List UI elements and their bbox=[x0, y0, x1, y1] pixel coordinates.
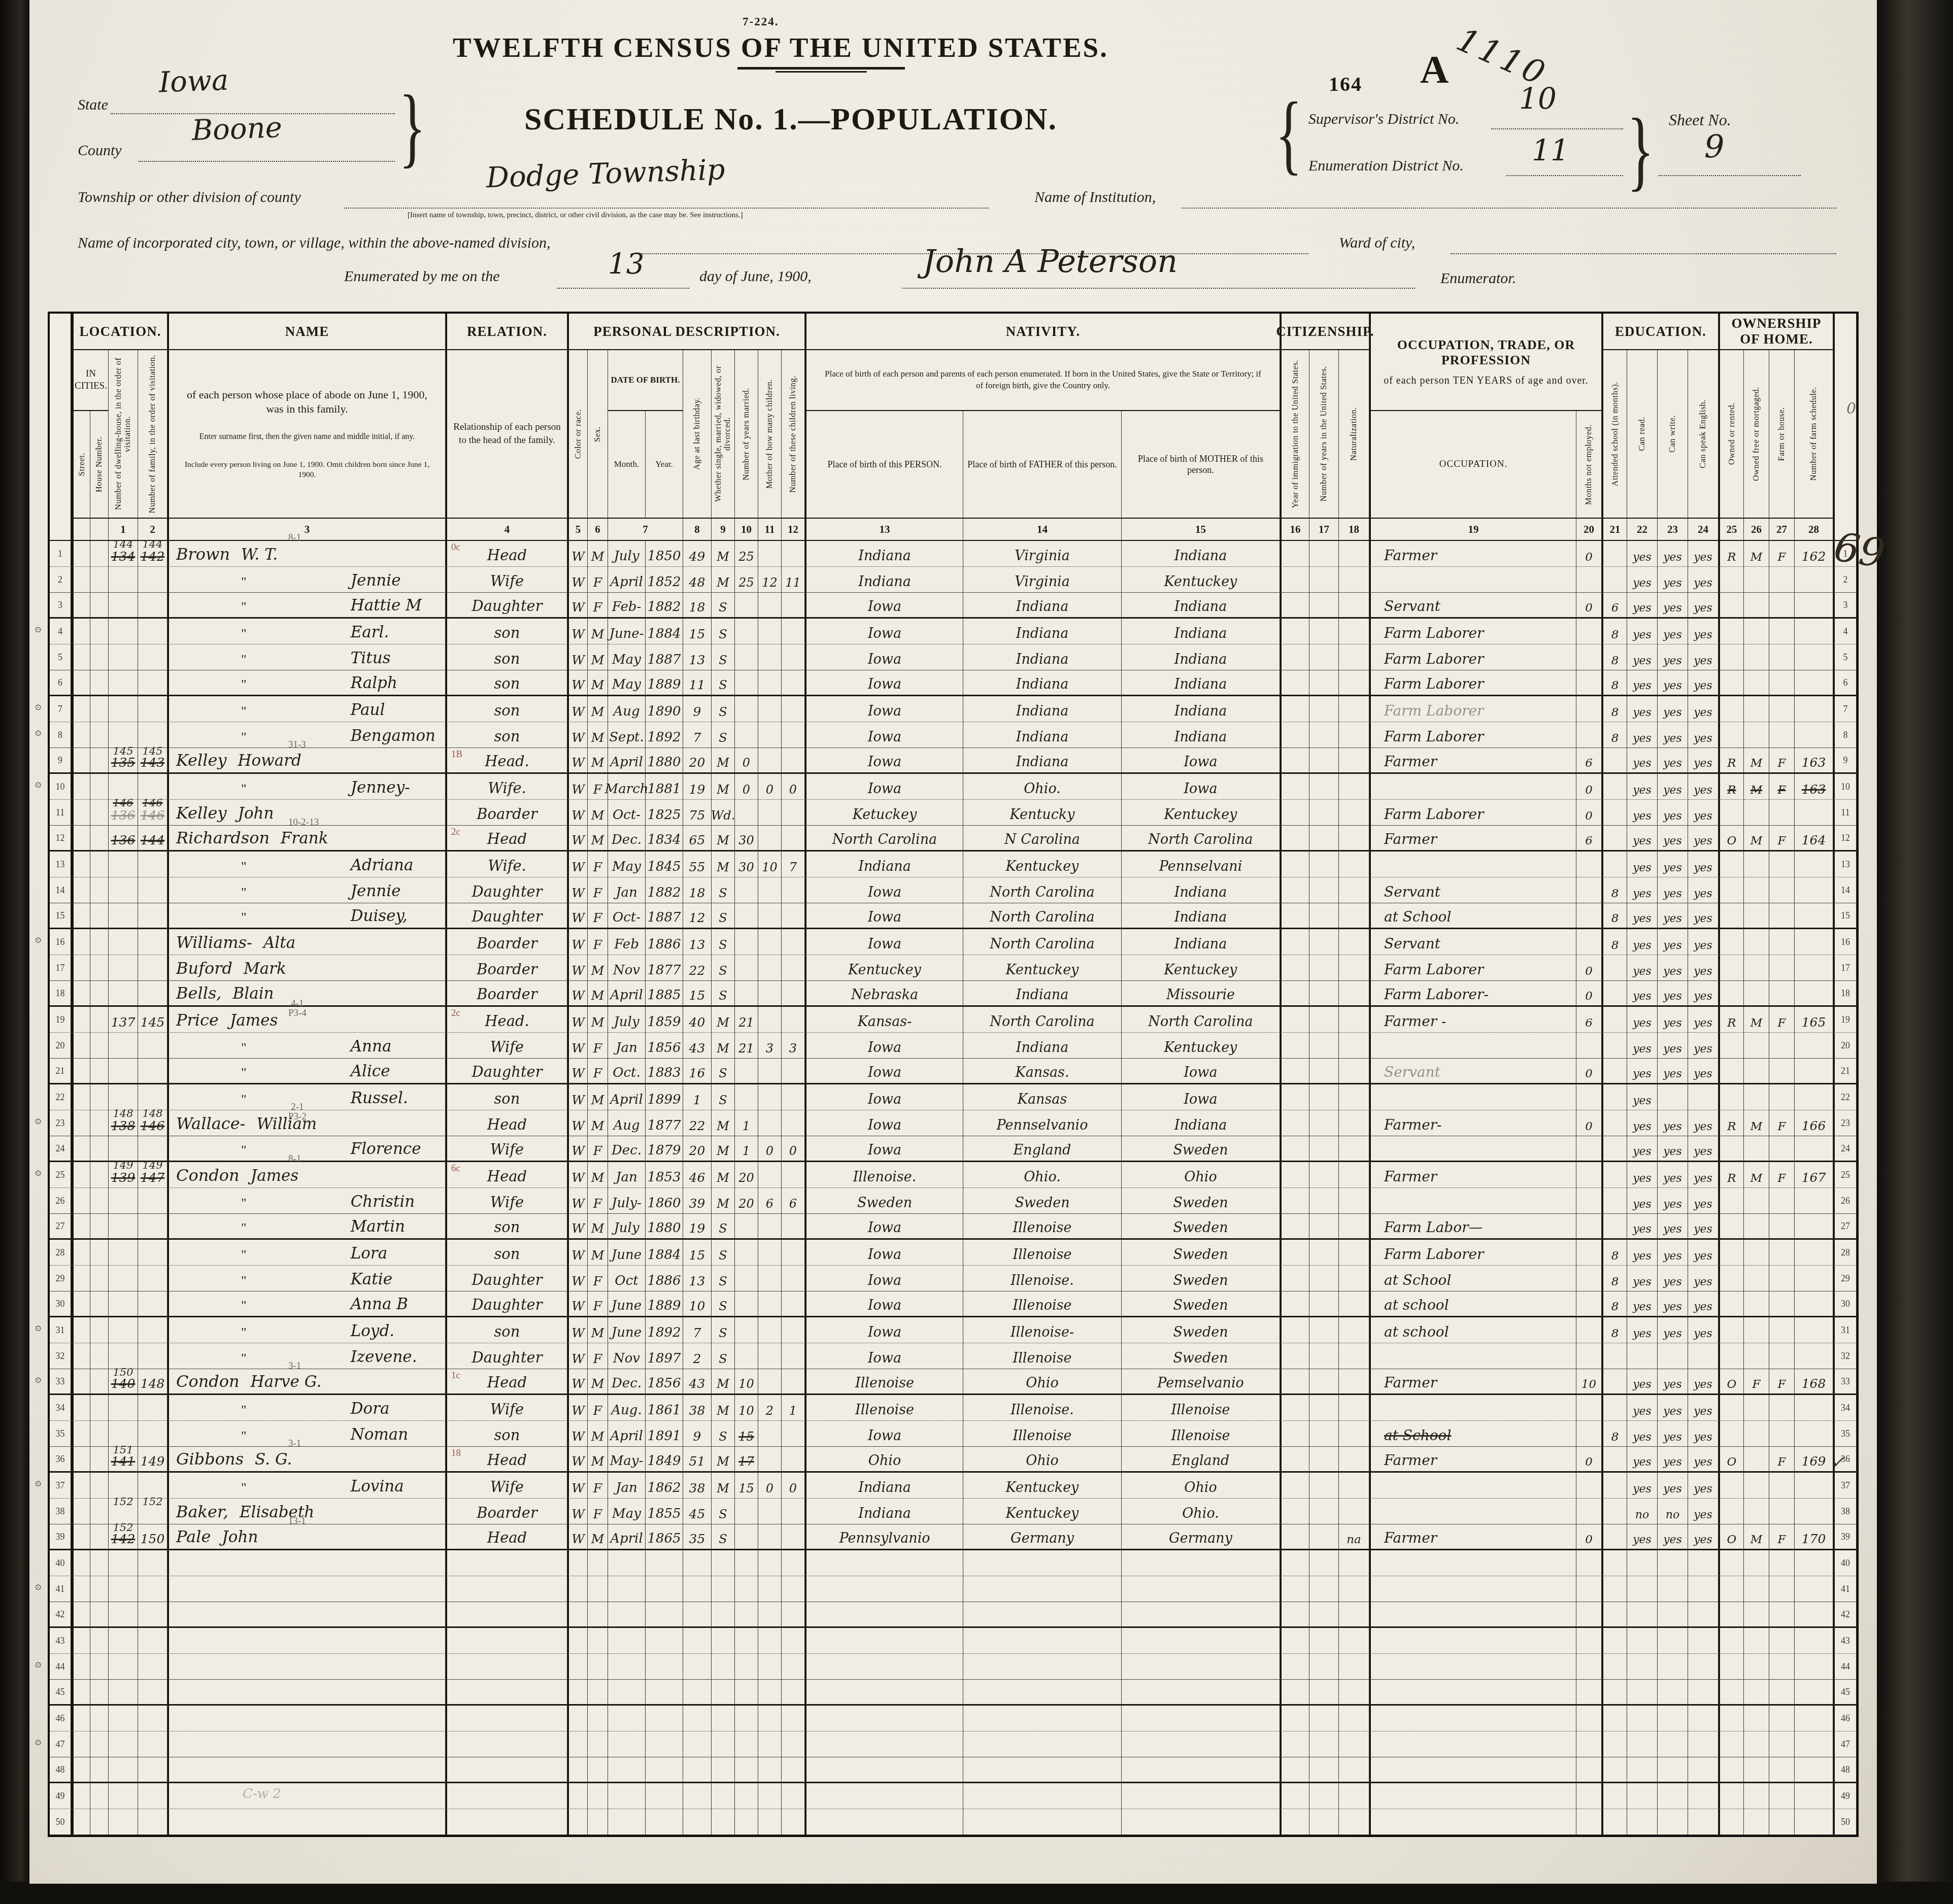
text: M bbox=[717, 1119, 729, 1133]
text: 24 bbox=[1841, 1143, 1850, 1154]
text: Indiana bbox=[1174, 885, 1227, 900]
cell-sch-r28: 8 bbox=[1602, 1240, 1627, 1266]
text: Feb bbox=[614, 937, 639, 952]
cell-mne-r44 bbox=[1576, 1654, 1602, 1680]
text: Sweden bbox=[1173, 1324, 1228, 1340]
row-number-left: 1 bbox=[50, 541, 72, 567]
cell-pb-r45 bbox=[805, 1680, 963, 1706]
cell-dw-r35 bbox=[109, 1421, 138, 1447]
cell-sch-r42 bbox=[1602, 1602, 1627, 1628]
text: Russel. bbox=[351, 1089, 408, 1107]
cell-pf-r34: Illenoise. bbox=[963, 1395, 1122, 1421]
cell-mo-r5: May bbox=[608, 644, 646, 670]
cell-fam-r37 bbox=[138, 1473, 167, 1499]
text: 23 bbox=[1841, 1118, 1850, 1129]
text: Iowa bbox=[868, 1220, 901, 1236]
cell-fam-r1: 144142 bbox=[138, 541, 167, 567]
title-rule bbox=[737, 67, 905, 70]
cell-ym-r38 bbox=[735, 1499, 758, 1524]
cell-fh-r47 bbox=[1769, 1731, 1795, 1757]
cell-pm-r48 bbox=[1122, 1757, 1280, 1783]
cell-sch-r40 bbox=[1602, 1550, 1627, 1576]
cell-yr-r45 bbox=[646, 1680, 683, 1706]
text: 1892 bbox=[647, 730, 681, 745]
schedule-title: SCHEDULE No. 1.—POPULATION. bbox=[435, 101, 1146, 138]
text: James bbox=[230, 1011, 278, 1030]
cell-fsn-r18 bbox=[1795, 981, 1833, 1007]
cell-en-r1: yes bbox=[1688, 541, 1719, 567]
cell-house-r4 bbox=[90, 619, 109, 644]
cell-fsn-r16 bbox=[1795, 929, 1833, 955]
cell-mo-r3: Feb- bbox=[608, 593, 646, 619]
text: 45 bbox=[1841, 1687, 1850, 1697]
row-number-left: 31⊙ bbox=[50, 1317, 72, 1343]
cell-en-r18: yes bbox=[1688, 981, 1719, 1007]
cell-wr-r35: yes bbox=[1658, 1421, 1688, 1447]
text: Duisey, bbox=[351, 907, 408, 925]
cell-occ-r48 bbox=[1369, 1757, 1576, 1783]
text: Sweden bbox=[1173, 1298, 1228, 1313]
column-number: 22 bbox=[1627, 519, 1658, 541]
cell-wr-r34: yes bbox=[1658, 1395, 1688, 1421]
cell-mb-r5 bbox=[758, 644, 782, 670]
text: Buford bbox=[176, 959, 232, 978]
cell-own-r13 bbox=[1719, 852, 1744, 877]
text: Price bbox=[176, 1010, 219, 1030]
cell-nz-r25 bbox=[1339, 1162, 1369, 1188]
text: Boarder bbox=[477, 1504, 537, 1521]
cell-fh-r6 bbox=[1769, 670, 1795, 696]
text: Condon bbox=[176, 1372, 240, 1391]
cell-fh-r45 bbox=[1769, 1680, 1795, 1706]
cell-fh-r5 bbox=[1769, 644, 1795, 670]
ditto-mark: " bbox=[241, 1092, 247, 1107]
cell-pf-r11: Kentucky bbox=[963, 800, 1122, 826]
cell-yr-r27: 1880 bbox=[646, 1214, 683, 1240]
text: 6 bbox=[1611, 601, 1619, 615]
cell-pf-r10: Ohio. bbox=[963, 774, 1122, 800]
cell-sch-r14: 8 bbox=[1602, 877, 1627, 903]
cell-ym-r11 bbox=[735, 800, 758, 826]
text: M bbox=[591, 1093, 604, 1107]
cell-occ-r13 bbox=[1369, 852, 1576, 877]
cell-fh-r29 bbox=[1769, 1266, 1795, 1291]
cell-rel-r44 bbox=[446, 1654, 567, 1680]
cell-imm-r48 bbox=[1280, 1757, 1309, 1783]
text: R bbox=[1727, 1172, 1736, 1185]
cell-fr-r8 bbox=[1744, 722, 1769, 748]
cell-house-r33 bbox=[90, 1369, 109, 1395]
cell-name-r27: "Martin bbox=[167, 1214, 446, 1240]
cell-en-r29: yes bbox=[1688, 1266, 1719, 1291]
cell-col-r24: W bbox=[567, 1136, 588, 1162]
cell-mar-r30: S bbox=[712, 1291, 735, 1317]
text: Head bbox=[487, 547, 527, 564]
text: Servant bbox=[1384, 883, 1440, 900]
cell-ml-r27 bbox=[782, 1214, 805, 1240]
cell-nz-r22 bbox=[1339, 1084, 1369, 1110]
text: yes bbox=[1663, 1120, 1682, 1133]
cell-fr-r44 bbox=[1744, 1654, 1769, 1680]
cell-fr-r17 bbox=[1744, 955, 1769, 981]
cell-rd-r31: yes bbox=[1627, 1317, 1658, 1343]
text: 10 bbox=[1841, 781, 1850, 792]
cell-street-r16 bbox=[72, 929, 90, 955]
cell-fr-r5 bbox=[1744, 644, 1769, 670]
text: 6 bbox=[595, 523, 600, 536]
cell-pm-r31: Sweden bbox=[1122, 1317, 1280, 1343]
text: Illenoise bbox=[1013, 1428, 1071, 1444]
text: M bbox=[591, 755, 604, 770]
cell-mne-r14 bbox=[1576, 877, 1602, 903]
text: 31 bbox=[56, 1325, 65, 1336]
cell-col-r26: W bbox=[567, 1188, 588, 1214]
cell-nz-r30 bbox=[1339, 1291, 1369, 1317]
text: 15 bbox=[689, 1248, 705, 1263]
cell-rd-r37: yes bbox=[1627, 1473, 1658, 1499]
text: OCCUPATION, TRADE, OR PROFESSION bbox=[1374, 337, 1598, 368]
cell-ml-r31 bbox=[782, 1317, 805, 1343]
row-number-left: 41⊙ bbox=[50, 1576, 72, 1602]
cell-pm-r6: Indiana bbox=[1122, 670, 1280, 696]
text: 46 bbox=[56, 1713, 65, 1724]
cell-mb-r11 bbox=[758, 800, 782, 826]
cell-fr-r26 bbox=[1744, 1188, 1769, 1214]
cell-rel-r42 bbox=[446, 1602, 567, 1628]
text: yes bbox=[1633, 835, 1652, 847]
cell-fh-r38 bbox=[1769, 1499, 1795, 1524]
text: Kentuckey bbox=[1164, 574, 1237, 590]
cell-fam-r16 bbox=[138, 929, 167, 955]
cell-imm-r20 bbox=[1280, 1033, 1309, 1059]
cell-dw-r14 bbox=[109, 877, 138, 903]
cell-wr-r4: yes bbox=[1658, 619, 1688, 644]
cell-col-r20: W bbox=[567, 1033, 588, 1059]
text: 8 bbox=[58, 730, 62, 740]
text: Indiana bbox=[1174, 548, 1227, 564]
cell-mar-r32: S bbox=[712, 1343, 735, 1369]
cell-rel-r48 bbox=[446, 1757, 567, 1783]
cell-sex-r41 bbox=[588, 1576, 608, 1602]
cell-fsn-r21 bbox=[1795, 1059, 1833, 1084]
cell-en-r50 bbox=[1688, 1809, 1719, 1835]
text: Mother of how many children. bbox=[765, 379, 774, 489]
cell-rel-r22: son bbox=[446, 1084, 567, 1110]
text: Farm Laborer bbox=[1384, 625, 1484, 641]
text: April bbox=[610, 574, 643, 590]
text: 1883 bbox=[647, 1065, 681, 1080]
cell-fh-r50 bbox=[1769, 1809, 1795, 1835]
cell-mne-r3: 0 bbox=[1576, 593, 1602, 619]
text: 43 bbox=[689, 1376, 705, 1391]
text: Sept. bbox=[609, 730, 644, 745]
text: July bbox=[614, 1220, 639, 1236]
text: yes bbox=[1663, 862, 1682, 874]
text: 28 bbox=[1841, 1247, 1850, 1258]
head-marital: Whether single, married, widowed, or div… bbox=[712, 350, 735, 519]
text: Iowa bbox=[868, 754, 901, 770]
text: F bbox=[593, 575, 602, 590]
text: yes bbox=[1663, 990, 1682, 1003]
cell-col-r3: W bbox=[567, 593, 588, 619]
cell-fh-r2 bbox=[1769, 567, 1795, 593]
text: 55 bbox=[689, 860, 705, 874]
cell-col-r16: W bbox=[567, 929, 588, 955]
cell-street-r24 bbox=[72, 1136, 90, 1162]
cell-street-r5 bbox=[72, 644, 90, 670]
text: Wife bbox=[490, 1141, 524, 1158]
cell-mne-r42 bbox=[1576, 1602, 1602, 1628]
text: yes bbox=[1694, 679, 1712, 692]
text: 51 bbox=[689, 1454, 705, 1469]
cell-mne-r41 bbox=[1576, 1576, 1602, 1602]
cell-col-r22: W bbox=[567, 1084, 588, 1110]
bottom-pencil-mark: C-w 2 bbox=[243, 1786, 281, 1801]
cell-mb-r36 bbox=[758, 1447, 782, 1473]
cell-yr-r48 bbox=[646, 1757, 683, 1783]
text: R bbox=[1727, 1016, 1736, 1030]
cell-pf-r14: North Carolina bbox=[963, 877, 1122, 903]
cell-ym-r9: 0 bbox=[735, 748, 758, 774]
text: Number of family, in the order of visita… bbox=[148, 355, 157, 513]
cell-mar-r47 bbox=[712, 1731, 735, 1757]
cell-occ-r47 bbox=[1369, 1731, 1576, 1757]
cell-name-r40 bbox=[167, 1550, 446, 1576]
text: 3 bbox=[789, 1041, 797, 1056]
ditto-mark: " bbox=[241, 1247, 247, 1263]
cell-fsn-r26 bbox=[1795, 1188, 1833, 1214]
text: yes bbox=[1694, 1145, 1712, 1158]
cell-wr-r15: yes bbox=[1658, 903, 1688, 929]
text: Illenoise. bbox=[1011, 1273, 1074, 1288]
text: Brown bbox=[176, 545, 230, 564]
text: 134 bbox=[111, 549, 136, 564]
cell-age-r24: 20 bbox=[683, 1136, 712, 1162]
text: yes bbox=[1663, 679, 1682, 692]
cell-rd-r40 bbox=[1627, 1550, 1658, 1576]
cell-dw-r3 bbox=[109, 593, 138, 619]
text: Oct bbox=[615, 1273, 638, 1288]
cell-rd-r13: yes bbox=[1627, 852, 1658, 877]
cell-fr-r50 bbox=[1744, 1809, 1769, 1835]
cell-sex-r36: M bbox=[588, 1447, 608, 1473]
text: Age at last birthday. bbox=[692, 397, 701, 470]
text: Christin bbox=[351, 1193, 415, 1211]
row-number-right: 48 bbox=[1833, 1757, 1857, 1783]
cell-col-r17: W bbox=[567, 955, 588, 981]
row-number-right: 45 bbox=[1833, 1680, 1857, 1706]
cell-name-r19: PriceJames4-1 P3-4 bbox=[167, 1007, 446, 1033]
text: yes bbox=[1694, 1301, 1712, 1313]
cell-fam-r50 bbox=[138, 1809, 167, 1835]
text: Iowa bbox=[868, 1273, 901, 1288]
cell-street-r44 bbox=[72, 1654, 90, 1680]
township-label: Township or other division of county bbox=[78, 189, 301, 206]
row-number-right: 12 bbox=[1833, 826, 1857, 852]
cell-ml-r37: 0 bbox=[782, 1473, 805, 1499]
text: May bbox=[612, 859, 641, 874]
cell-mo-r26: July- bbox=[608, 1188, 646, 1214]
text: 7 bbox=[693, 1325, 701, 1340]
cell-sch-r44 bbox=[1602, 1654, 1627, 1680]
cell-house-r16 bbox=[90, 929, 109, 955]
cell-sex-r29: F bbox=[588, 1266, 608, 1291]
text: Ohio. bbox=[1024, 781, 1061, 797]
text: yes bbox=[1633, 706, 1652, 719]
corrected-number: 146 bbox=[142, 798, 162, 808]
cell-pb-r21: Iowa bbox=[805, 1059, 963, 1084]
cell-street-r13 bbox=[72, 852, 90, 877]
cell-yus-r33 bbox=[1309, 1369, 1339, 1395]
text: 14 bbox=[56, 885, 65, 896]
cell-rel-r15: Daughter bbox=[446, 903, 567, 929]
cell-en-r12: yes bbox=[1688, 826, 1719, 852]
text: 8 bbox=[694, 523, 700, 536]
text: son bbox=[494, 728, 520, 745]
row-number-left: 29 bbox=[50, 1266, 72, 1291]
cell-house-r8 bbox=[90, 722, 109, 748]
row-number-left: 10⊙ bbox=[50, 774, 72, 800]
text: 1845 bbox=[647, 859, 681, 874]
text: EDUCATION. bbox=[1615, 324, 1706, 339]
cell-fh-r32 bbox=[1769, 1343, 1795, 1369]
cell-mar-r33: M bbox=[712, 1369, 735, 1395]
text: F bbox=[593, 886, 602, 900]
text: 20 bbox=[1841, 1040, 1850, 1051]
cell-pm-r46 bbox=[1122, 1706, 1280, 1731]
cell-yr-r41 bbox=[646, 1576, 683, 1602]
cell-occ-r19: Farmer - bbox=[1369, 1007, 1576, 1033]
cell-street-r31 bbox=[72, 1317, 90, 1343]
cell-age-r3: 18 bbox=[683, 593, 712, 619]
cell-house-r50 bbox=[90, 1809, 109, 1835]
text: 141 bbox=[111, 1454, 136, 1469]
text: Indiana bbox=[1174, 676, 1227, 692]
cell-mne-r21: 0 bbox=[1576, 1059, 1602, 1084]
text: 1886 bbox=[647, 1273, 681, 1288]
text: 1889 bbox=[647, 677, 681, 692]
text: F bbox=[593, 1351, 602, 1366]
cell-ml-r44 bbox=[782, 1654, 805, 1680]
cell-pm-r43 bbox=[1122, 1628, 1280, 1654]
cell-ml-r28 bbox=[782, 1240, 805, 1266]
text: 5 bbox=[58, 652, 62, 663]
text: 146 bbox=[141, 1118, 165, 1133]
column-number: 5 bbox=[567, 519, 588, 541]
cell-col-r13: W bbox=[567, 852, 588, 877]
cell-yus-r19 bbox=[1309, 1007, 1339, 1033]
text: 145 bbox=[141, 1015, 165, 1030]
cell-imm-r47 bbox=[1280, 1731, 1309, 1757]
stamp-number: 164 bbox=[1329, 72, 1362, 96]
margin-dot: ⊙ bbox=[35, 1116, 42, 1127]
group-nativity: NATIVITY. bbox=[805, 314, 1280, 350]
text: yes bbox=[1694, 810, 1712, 823]
cell-fh-r39: F bbox=[1769, 1524, 1795, 1550]
text: Illenoise bbox=[1013, 1247, 1071, 1263]
text: Indiana bbox=[1174, 626, 1227, 641]
cell-house-r30 bbox=[90, 1291, 109, 1317]
text: W bbox=[571, 937, 585, 952]
cell-pm-r4: Indiana bbox=[1122, 619, 1280, 644]
text: DATE OF BIRTH. bbox=[611, 375, 680, 385]
cell-wr-r25: yes bbox=[1658, 1162, 1688, 1188]
text: na bbox=[1346, 1533, 1361, 1546]
cell-fam-r29 bbox=[138, 1266, 167, 1291]
text: S bbox=[719, 938, 727, 952]
text: 19 bbox=[56, 1014, 65, 1025]
cell-fh-r11 bbox=[1769, 800, 1795, 826]
cell-pf-r36: Ohio bbox=[963, 1447, 1122, 1473]
text: 8 bbox=[1611, 1275, 1619, 1288]
cell-pf-r4: Indiana bbox=[963, 619, 1122, 644]
text: 45 bbox=[689, 1507, 705, 1521]
cell-fsn-r44 bbox=[1795, 1654, 1833, 1680]
cell-dw-r42 bbox=[109, 1602, 138, 1628]
cell-ml-r2: 11 bbox=[782, 567, 805, 593]
cell-mar-r26: M bbox=[712, 1188, 735, 1214]
row-number-right: 35 bbox=[1833, 1421, 1857, 1447]
cell-pb-r35: Iowa bbox=[805, 1421, 963, 1447]
text: yes bbox=[1663, 1456, 1682, 1469]
cell-own-r5 bbox=[1719, 644, 1744, 670]
cell-street-r38 bbox=[72, 1499, 90, 1524]
text: yes bbox=[1694, 1198, 1712, 1211]
cell-street-r40 bbox=[72, 1550, 90, 1576]
cell-age-r27: 19 bbox=[683, 1214, 712, 1240]
cell-mo-r12: Dec. bbox=[608, 826, 646, 852]
column-number: 13 bbox=[805, 519, 963, 541]
cell-house-r26 bbox=[90, 1188, 109, 1214]
text: 1859 bbox=[647, 1014, 681, 1030]
text: Farm Labor— bbox=[1384, 1219, 1483, 1236]
cell-house-r10 bbox=[90, 774, 109, 800]
cell-age-r21: 16 bbox=[683, 1059, 712, 1084]
cell-fh-r35 bbox=[1769, 1421, 1795, 1447]
text: yes bbox=[1633, 1328, 1652, 1340]
cell-fam-r12: 144 bbox=[138, 826, 167, 852]
cell-col-r10: W bbox=[567, 774, 588, 800]
cell-wr-r43 bbox=[1658, 1628, 1688, 1654]
cell-mne-r20 bbox=[1576, 1033, 1602, 1059]
cell-rel-r1: 0cHead bbox=[446, 541, 567, 567]
ed-value: 11 bbox=[1532, 133, 1569, 167]
text: Nov bbox=[613, 963, 640, 978]
text: 35 bbox=[689, 1532, 705, 1546]
text: 1885 bbox=[647, 988, 681, 1003]
cell-nz-r13 bbox=[1339, 852, 1369, 877]
cell-occ-r12: Farmer bbox=[1369, 826, 1576, 852]
cell-col-r29: W bbox=[567, 1266, 588, 1291]
cell-nz-r29 bbox=[1339, 1266, 1369, 1291]
cell-age-r13: 55 bbox=[683, 852, 712, 877]
cell-mo-r16: Feb bbox=[608, 929, 646, 955]
cell-age-r34: 38 bbox=[683, 1395, 712, 1421]
cell-pm-r10: Iowa bbox=[1122, 774, 1280, 800]
text: 40 bbox=[1841, 1558, 1850, 1569]
text: Indiana bbox=[1174, 909, 1227, 925]
cell-wr-r26: yes bbox=[1658, 1188, 1688, 1214]
cell-mb-r10: 0 bbox=[758, 774, 782, 800]
cell-pb-r36: Ohio bbox=[805, 1447, 963, 1473]
text: Farmer bbox=[1384, 1168, 1437, 1185]
cell-rel-r12: 2cHead bbox=[446, 826, 567, 852]
cell-house-r49 bbox=[90, 1783, 109, 1809]
cell-pm-r40 bbox=[1122, 1550, 1280, 1576]
text: 1884 bbox=[647, 1247, 681, 1263]
cell-rd-r46 bbox=[1627, 1706, 1658, 1731]
text: M bbox=[1750, 784, 1763, 797]
